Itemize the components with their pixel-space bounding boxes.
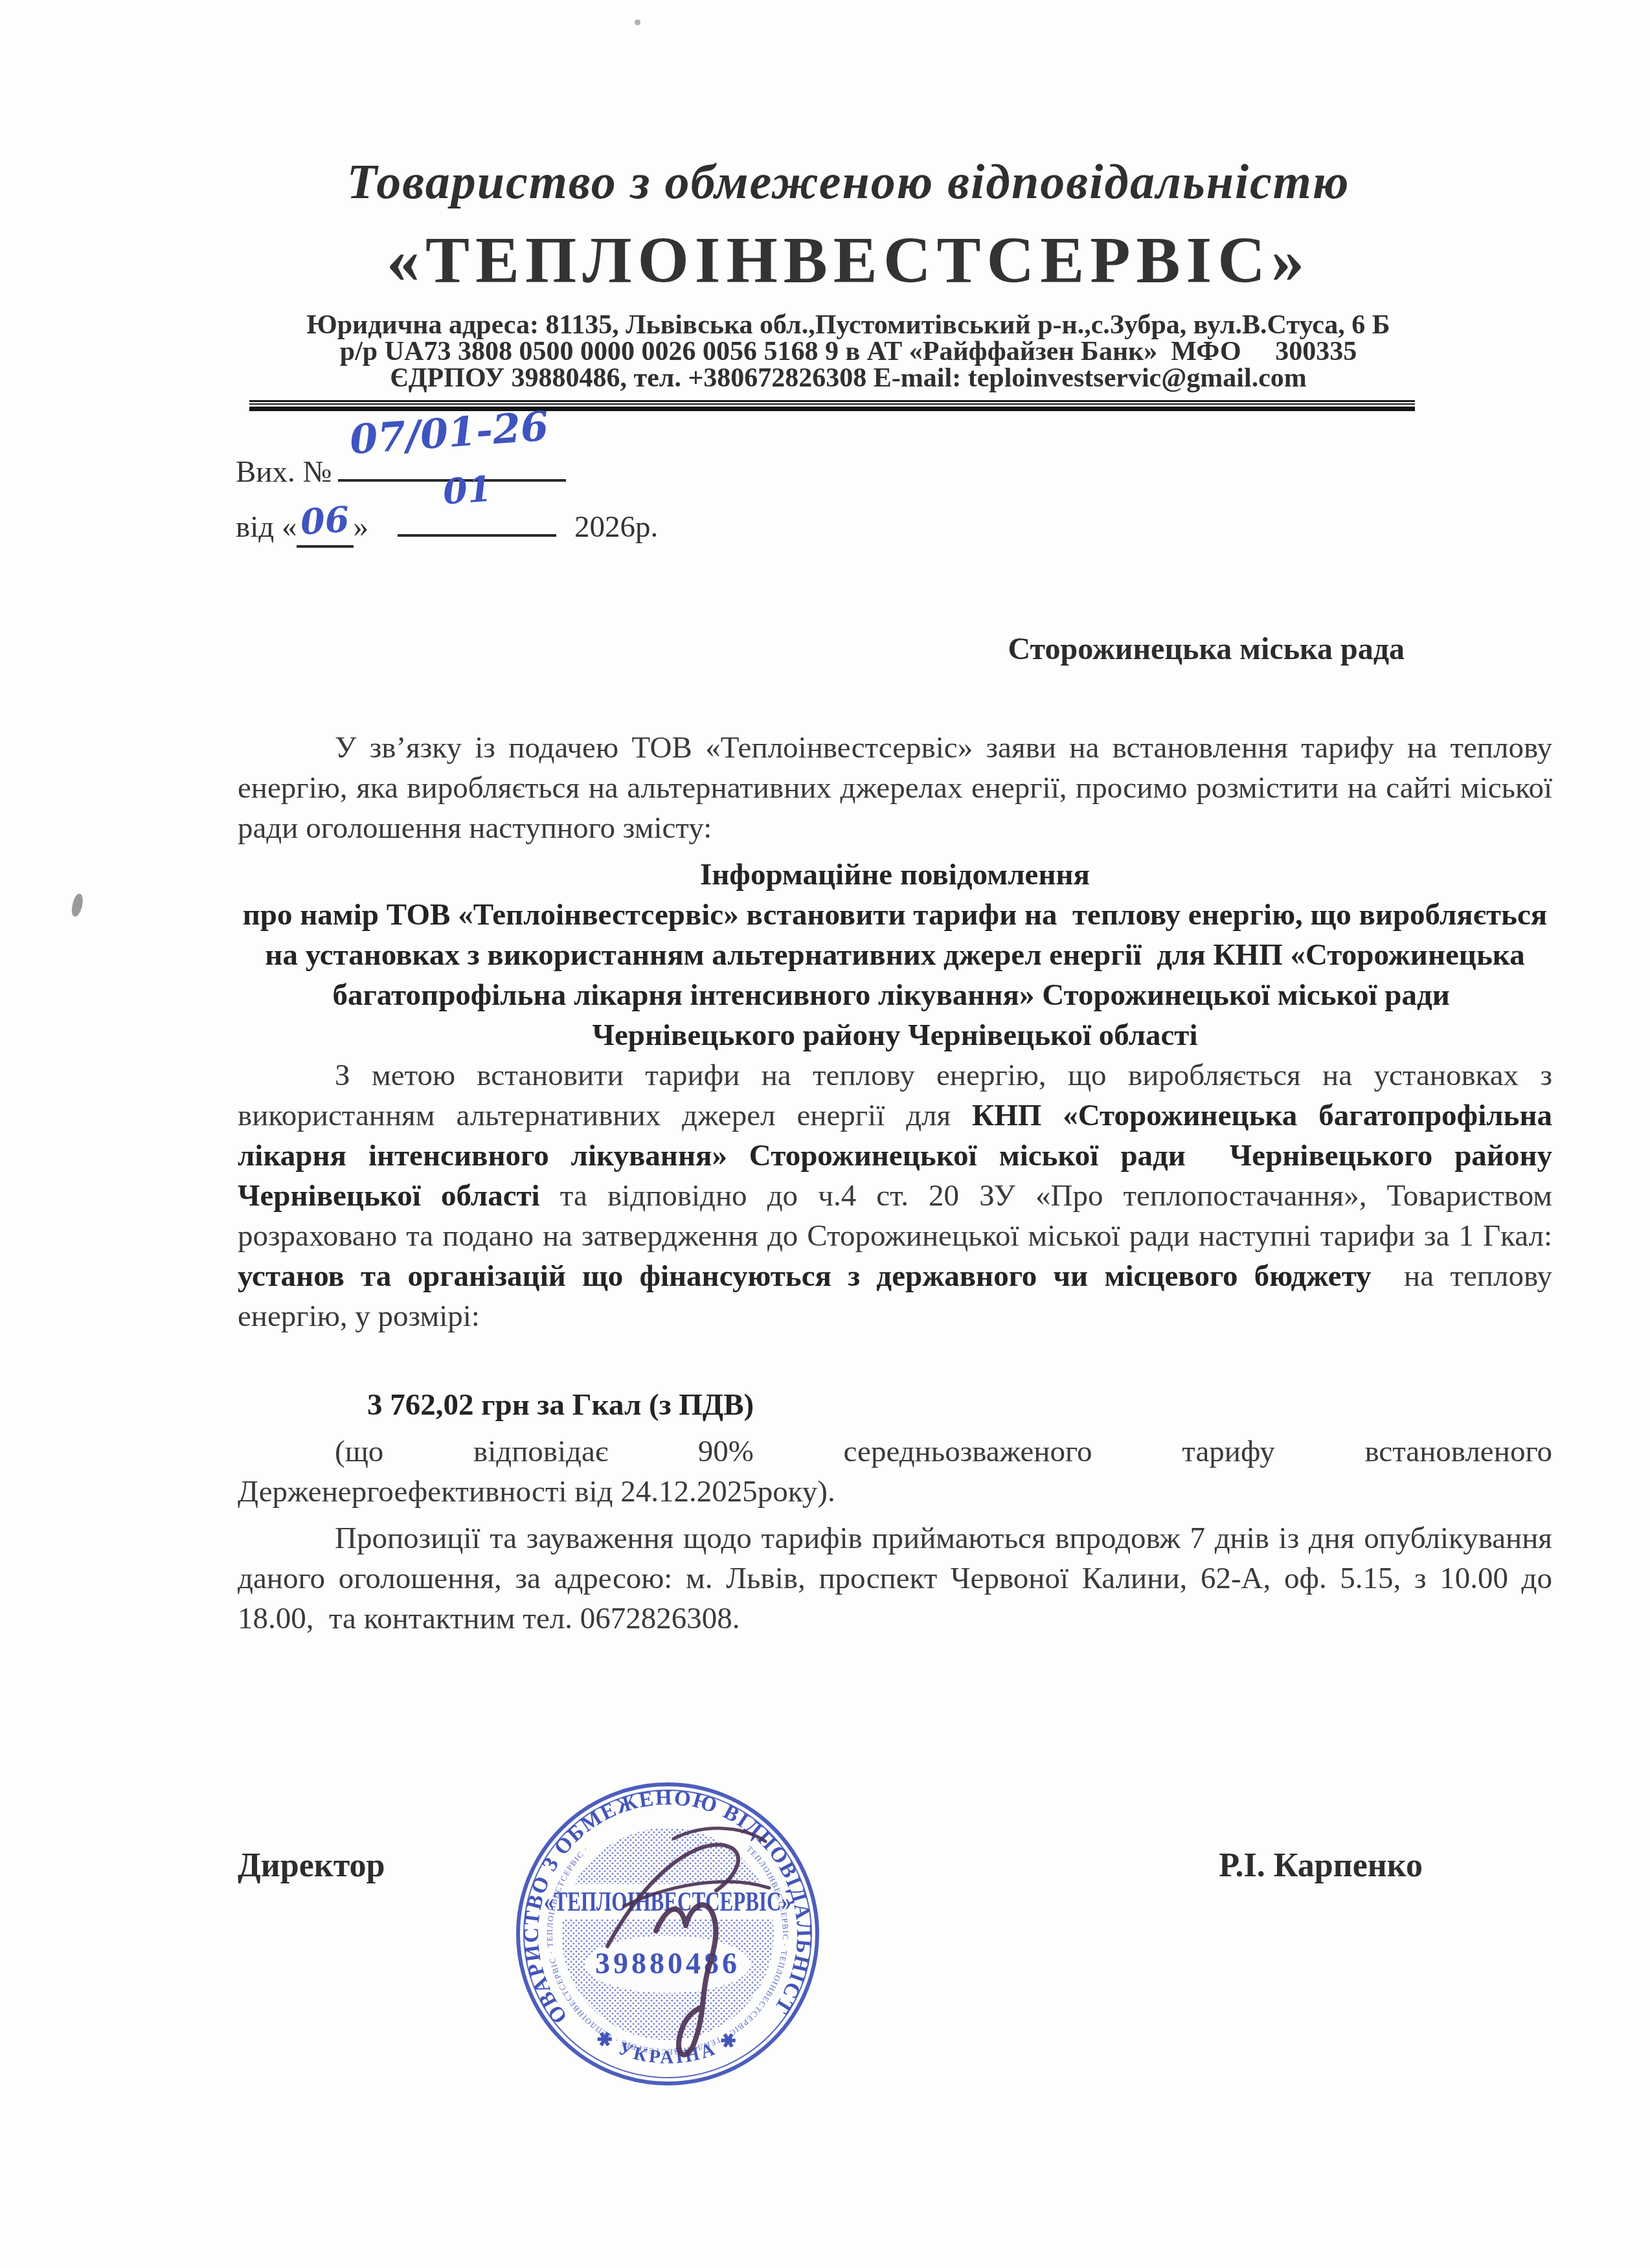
text-run-bold: установ та організацій що фінансуються з… [238, 1259, 1372, 1293]
ref-date-year: 2026р. [574, 510, 658, 545]
scan-dot-artifact [635, 19, 640, 25]
reference-block: Вих. № 07/01-26 від « 06 » 01 2026р. [236, 452, 658, 556]
tariff-amount: 3 762,02 грн за Гкал (з ПДВ) [238, 1385, 1552, 1425]
ref-date-month-handwritten: 01 [442, 467, 493, 512]
ref-date-day-handwritten: 06 [299, 498, 350, 543]
paragraph-tariff-note-line1: (що відповідає 90% середньозваженого тар… [238, 1432, 1552, 1472]
scanned-letter-page: Товариство з обмеженою відповідальністю … [0, 0, 1650, 2268]
org-type-title: Товариство з обмеженою відповідальністю [168, 154, 1528, 210]
ref-number-handwritten: 07/01-26 [348, 402, 550, 463]
letter-body: У зв’язку із подачею ТОВ «Теплоінвестсер… [238, 728, 1552, 1639]
ref-date-prefix: від « [236, 510, 297, 545]
org-address-line1: Юридична адреса: 81135, Львівська обл.,П… [168, 312, 1528, 339]
notice-subheading: про намір ТОВ «Теплоінвестсервіс» встано… [238, 895, 1552, 1055]
paragraph-proposals: Пропозиції та зауваження щодо тарифів пр… [238, 1518, 1552, 1639]
ref-number-label: Вих. № [236, 455, 332, 489]
stamp-halftone-disc [561, 1828, 774, 2040]
org-name-title: «ТЕПЛОІНВЕСТСЕРВІС» [168, 223, 1528, 298]
signer-name: Р.І. Карпенко [1219, 1847, 1423, 1885]
paragraph-tariff-basis: З метою встановити тарифи на теплову ене… [238, 1055, 1552, 1336]
notice-heading: Інформаційне повідомлення [238, 855, 1552, 895]
scan-smudge-artifact [70, 893, 85, 918]
company-stamp: ТЕПЛОІНВЕСТСЕРВІС · ТЕПЛОІНВЕСТСЕРВІС · … [510, 1777, 825, 2091]
org-address-line3: ЄДРПОУ 39880486, тел. +380672826308 E-ma… [168, 365, 1528, 392]
org-address-block: Юридична адреса: 81135, Львівська обл.,П… [168, 312, 1528, 392]
ref-date-month-blank: 01 [398, 507, 556, 537]
letterhead-divider [249, 400, 1415, 411]
signer-title: Директор [238, 1847, 385, 1885]
paragraph-intro: У зв’язку із подачею ТОВ «Теплоінвестсер… [238, 728, 1552, 848]
org-address-line2: р/р UA73 3808 0500 0000 0026 0056 5168 9… [168, 339, 1528, 365]
stamp-edrpou-code: 39880486 [595, 1947, 740, 1980]
signature-row: Директор Р.І. Карпенко [238, 1847, 1552, 1885]
addressee: Сторожинецька міська рада [238, 631, 1552, 667]
paragraph-tariff-note-line2: Держенергоефективності від 24.12.2025рок… [238, 1472, 1552, 1512]
ref-date-quote-close: » [354, 510, 369, 545]
reference-date-row: від « 06 » 01 2026р. [236, 504, 658, 556]
ref-date-day-blank: 06 [297, 504, 353, 548]
